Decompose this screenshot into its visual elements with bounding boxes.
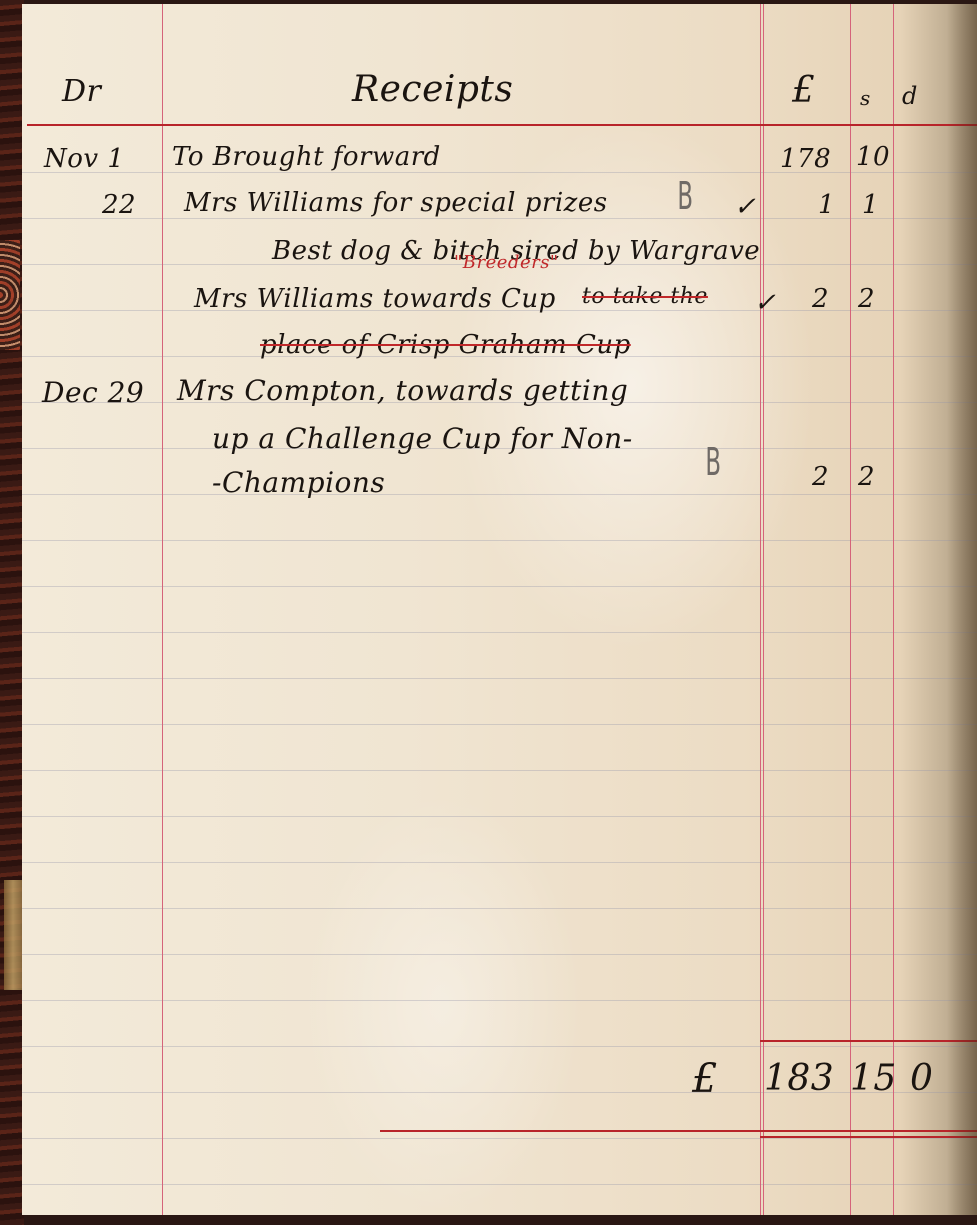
entry-description: Mrs Williams for special prizes xyxy=(184,188,608,218)
entry-date: 22 xyxy=(102,190,136,220)
ruled-line xyxy=(22,816,977,817)
ruled-line xyxy=(22,586,977,587)
entry-pounds: 1 xyxy=(818,190,835,220)
pence-header: d xyxy=(902,82,918,110)
struck-text: place of Crisp Graham Cup xyxy=(260,330,631,360)
page-curl-shadow xyxy=(947,4,977,1215)
ruled-line xyxy=(22,862,977,863)
total-shillings: 15 xyxy=(850,1058,897,1099)
entry-description: To Brought forward xyxy=(172,142,441,172)
total-pence: 0 xyxy=(910,1058,933,1099)
total-pounds: 183 xyxy=(764,1058,834,1099)
struck-text: to take the xyxy=(582,284,708,309)
entry-description: Mrs Compton, towards getting xyxy=(177,374,628,407)
pounds-column-line xyxy=(760,4,764,1215)
shillings-column-line xyxy=(850,4,851,1215)
pencil-b-mark: B xyxy=(677,174,693,218)
ruled-line xyxy=(22,1046,977,1047)
total-double-rule-lower xyxy=(760,1136,977,1138)
shillings-header: s xyxy=(860,86,871,110)
page-title: Receipts xyxy=(352,69,513,110)
entry-pounds: 178 xyxy=(780,144,831,174)
total-currency-symbol: £ xyxy=(692,1056,718,1102)
header-rule xyxy=(27,124,977,126)
entry-date: Dec 29 xyxy=(42,376,144,409)
ruled-line xyxy=(22,908,977,909)
ruled-line xyxy=(22,678,977,679)
entry-shillings: 10 xyxy=(856,142,890,172)
ruled-line xyxy=(22,632,977,633)
ruled-line xyxy=(22,724,977,725)
pence-column-line xyxy=(893,4,894,1215)
total-top-rule xyxy=(760,1040,977,1042)
total-double-rule-upper xyxy=(380,1130,977,1132)
ruled-line xyxy=(22,540,977,541)
red-insertion: "Breeders" xyxy=(454,252,559,273)
debit-label: Dr xyxy=(62,74,101,109)
entry-description-continued: up a Challenge Cup for Non- xyxy=(212,422,633,455)
pounds-header: £ xyxy=(792,70,815,111)
marbled-edge xyxy=(0,240,20,350)
ruled-line xyxy=(22,1000,977,1001)
ruled-line xyxy=(22,770,977,771)
check-mark: ✓ xyxy=(754,288,776,318)
ruled-line xyxy=(22,954,977,955)
entry-shillings: 1 xyxy=(862,190,879,220)
torn-page-edge xyxy=(4,880,22,990)
check-mark: ✓ xyxy=(734,192,756,222)
ledger-page: Dr Receipts £ s d Nov 1 To Brought forwa… xyxy=(22,4,977,1215)
date-margin-line xyxy=(162,4,163,1215)
entry-shillings: 2 xyxy=(858,462,875,492)
ruled-line xyxy=(22,1138,977,1139)
ruled-line xyxy=(22,494,977,495)
entry-date: Nov 1 xyxy=(44,144,124,174)
pencil-b-mark: B xyxy=(705,440,721,484)
ruled-line xyxy=(22,172,977,173)
entry-shillings: 2 xyxy=(858,284,875,314)
entry-description: Mrs Williams towards Cup xyxy=(194,284,556,314)
book-binding xyxy=(0,0,24,1225)
entry-pounds: 2 xyxy=(812,284,829,314)
entry-description-continued: -Champions xyxy=(212,466,385,499)
ruled-line xyxy=(22,1184,977,1185)
entry-pounds: 2 xyxy=(812,462,829,492)
